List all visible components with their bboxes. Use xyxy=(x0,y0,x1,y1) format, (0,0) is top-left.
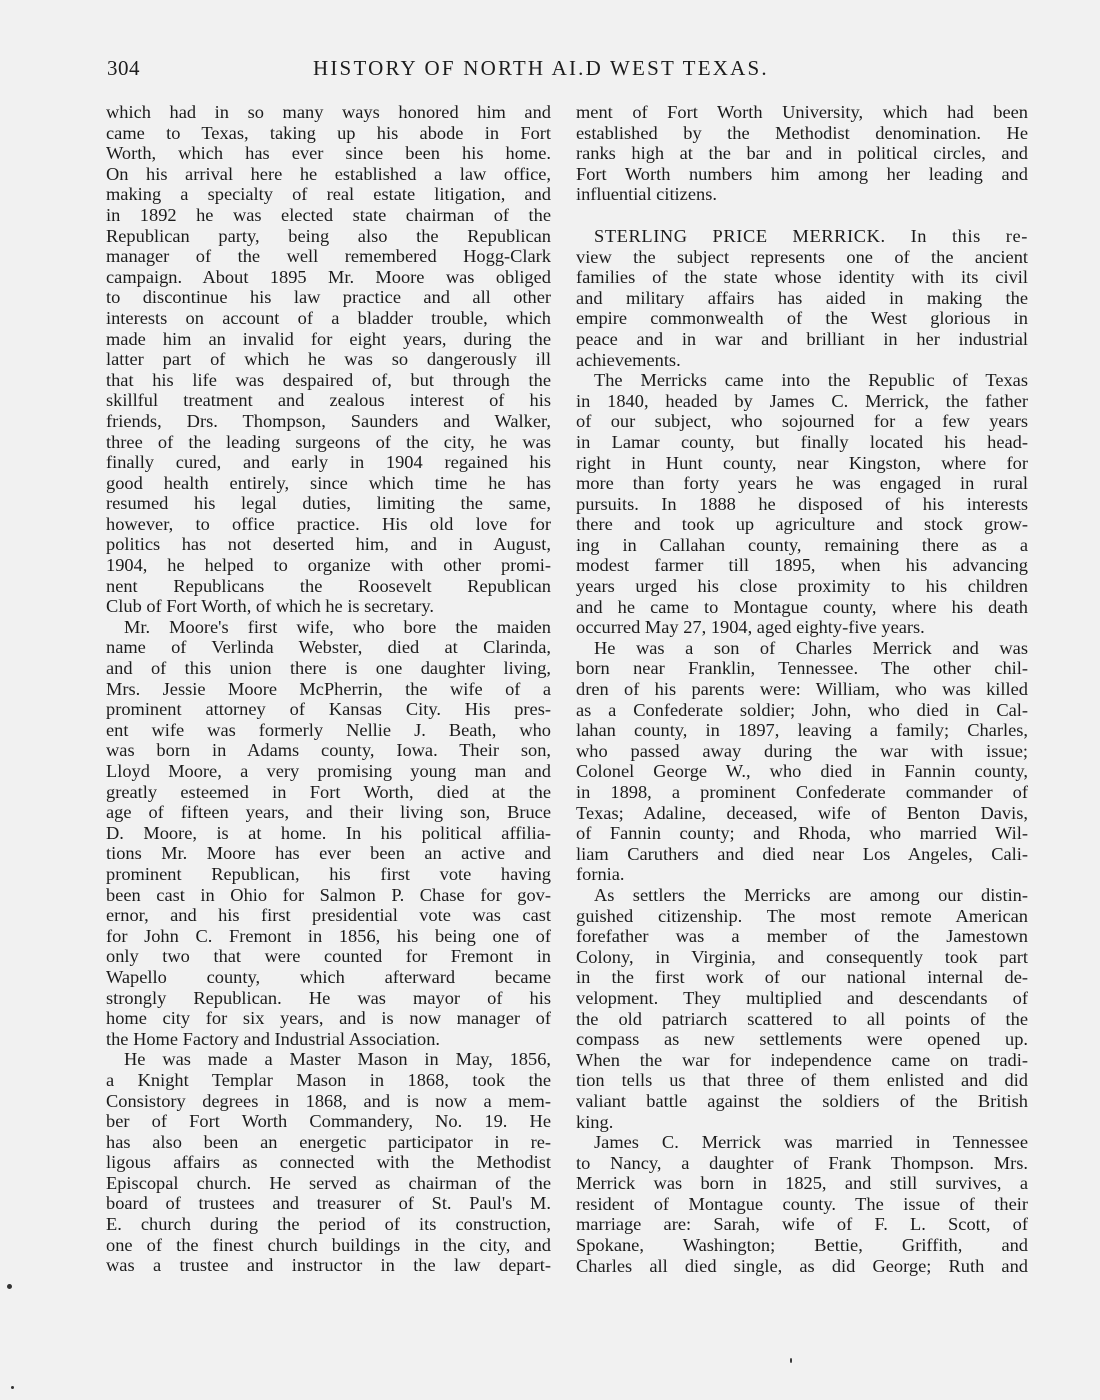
paragraph-start: The Merricks came into the Republic of T… xyxy=(576,370,1028,391)
text-line: good health entirely, since which time h… xyxy=(106,473,551,494)
text-line: On his arrival here he established a law… xyxy=(106,164,551,185)
text-line: tions Mr. Moore has ever been an active … xyxy=(106,843,551,864)
text-line: the Home Factory and Industrial Associat… xyxy=(106,1029,551,1050)
text-line: When the war for independence came on tr… xyxy=(576,1050,1028,1071)
text-line: Club of Fort Worth, of which he is secre… xyxy=(106,596,551,617)
text-line: to discontinue his law practice and all … xyxy=(106,287,551,308)
print-speck xyxy=(11,1386,14,1389)
text-line: of Fannin county; and Rhoda, who married… xyxy=(576,823,1028,844)
text-line: D. Moore, is at home. In his political a… xyxy=(106,823,551,844)
text-line: Spokane, Washington; Bettie, Griffith, a… xyxy=(576,1235,1028,1256)
text-line: interests on account of a bladder troubl… xyxy=(106,308,551,329)
text-line: politics has not deserted him, and in Au… xyxy=(106,534,551,555)
print-speck xyxy=(790,1358,792,1363)
text-line: tion tells us that three of them enliste… xyxy=(576,1070,1028,1091)
text-line: who passed away during the war with issu… xyxy=(576,741,1028,762)
paragraph-start: James C. Merrick was married in Tennesse… xyxy=(576,1132,1028,1153)
text-line: Wapello county, which afterward became xyxy=(106,967,551,988)
text-line: peace and in war and brilliant in her in… xyxy=(576,329,1028,350)
text-line: and of this union there is one daughter … xyxy=(106,658,551,679)
text-line: more than forty years he was engaged in … xyxy=(576,473,1028,494)
text-line: Merrick was born in 1825, and still surv… xyxy=(576,1173,1028,1194)
text-line: families of the state whose identity wit… xyxy=(576,267,1028,288)
text-line: years urged his close proximity to his c… xyxy=(576,576,1028,597)
text-line: Lloyd Moore, a very promising young man … xyxy=(106,761,551,782)
text-line: and he came to Montague county, where hi… xyxy=(576,597,1028,618)
text-line: lahan county, in 1897, leaving a family;… xyxy=(576,720,1028,741)
text-line: in 1898, a prominent Confederate command… xyxy=(576,782,1028,803)
text-line: Republican party, being also the Republi… xyxy=(106,226,551,247)
text-line: in 1892 he was elected state chairman of… xyxy=(106,205,551,226)
text-line: ernor, and his first presidential vote w… xyxy=(106,905,551,926)
text-line: E. church during the period of its const… xyxy=(106,1214,551,1235)
text-line: influential citizens. xyxy=(576,184,1028,205)
paragraph-start: He was a son of Charles Merrick and was xyxy=(576,638,1028,659)
text-line: Episcopal church. He served as chairman … xyxy=(106,1173,551,1194)
text-line: three of the leading surgeons of the cit… xyxy=(106,432,551,453)
text-line: born near Franklin, Tennessee. The other… xyxy=(576,658,1028,679)
text-line: prominent Republican, his first vote hav… xyxy=(106,864,551,885)
text-line: finally cured, and early in 1904 regaine… xyxy=(106,452,551,473)
text-line: view the subject represents one of the a… xyxy=(576,247,1028,268)
text-line: greatly esteemed in Fort Worth, died at … xyxy=(106,782,551,803)
text-line: was born in Adams county, Iowa. Their so… xyxy=(106,740,551,761)
text-line: Texas; Adaline, deceased, wife of Benton… xyxy=(576,803,1028,824)
text-line: Fort Worth numbers him among her leading… xyxy=(576,164,1028,185)
text-line: age of fifteen years, and their living s… xyxy=(106,802,551,823)
text-line: only two that were counted for Fremont i… xyxy=(106,946,551,967)
text-line: Worth, which has ever since been his hom… xyxy=(106,143,551,164)
text-line: home city for six years, and is now mana… xyxy=(106,1008,551,1029)
text-line: manager of the well remembered Hogg-Clar… xyxy=(106,246,551,267)
text-line: valiant battle against the soldiers of t… xyxy=(576,1091,1028,1112)
paragraph-start: He was made a Master Mason in May, 1856, xyxy=(106,1049,551,1070)
text-line: guished citizenship. The most remote Ame… xyxy=(576,906,1028,927)
text-line: ent wife was formerly Nellie J. Beath, w… xyxy=(106,720,551,741)
text-line: was a trustee and instructor in the law … xyxy=(106,1255,551,1276)
text-line: there and took up agriculture and stock … xyxy=(576,514,1028,535)
text-line: Colonel George W., who died in Fannin co… xyxy=(576,761,1028,782)
text-line: skillful treatment and zealous interest … xyxy=(106,390,551,411)
text-line: one of the finest church buildings in th… xyxy=(106,1235,551,1256)
biography-heading: STERLING PRICE MERRICK. In this re- xyxy=(576,226,1028,247)
text-line: Consistory degrees in 1868, and is now a… xyxy=(106,1091,551,1112)
running-title: HISTORY OF NORTH AI.D WEST TEXAS. xyxy=(313,56,769,81)
paragraph-start: Mr. Moore's first wife, who bore the mai… xyxy=(106,617,551,638)
text-line: achievements. xyxy=(576,350,1028,371)
text-line: nent Republicans the Roosevelt Republica… xyxy=(106,576,551,597)
text-line: velopment. They multiplied and descendan… xyxy=(576,988,1028,1009)
section-gap xyxy=(576,205,1028,226)
text-line: the old patriarch scattered to all point… xyxy=(576,1009,1028,1030)
text-line: liam Caruthers and died near Los Angeles… xyxy=(576,844,1028,865)
text-line: to Nancy, a daughter of Frank Thompson. … xyxy=(576,1153,1028,1174)
text-line: empire commonwealth of the West glorious… xyxy=(576,308,1028,329)
text-line: that his life was despaired of, but thro… xyxy=(106,370,551,391)
page-number: 304 xyxy=(107,56,140,81)
text-line: friends, Drs. Thompson, Saunders and Wal… xyxy=(106,411,551,432)
text-line: as a Confederate soldier; John, who died… xyxy=(576,700,1028,721)
text-line: which had in so many ways honored him an… xyxy=(106,102,551,123)
text-line: Mrs. Jessie Moore McPherrin, the wife of… xyxy=(106,679,551,700)
text-line: marriage are: Sarah, wife of F. L. Scott… xyxy=(576,1214,1028,1235)
text-line: occurred May 27, 1904, aged eighty-five … xyxy=(576,617,1028,638)
print-speck xyxy=(7,1284,12,1289)
text-line: prominent attorney of Kansas City. His p… xyxy=(106,699,551,720)
text-line: right in Hunt county, near Kingston, whe… xyxy=(576,453,1028,474)
text-line: in 1840, headed by James C. Merrick, the… xyxy=(576,391,1028,412)
text-line: modest farmer till 1895, when his advanc… xyxy=(576,555,1028,576)
text-line: in Lamar county, but finally located his… xyxy=(576,432,1028,453)
right-column: ment of Fort Worth University, which had… xyxy=(576,102,1028,1276)
text-line: established by the Methodist denominatio… xyxy=(576,123,1028,144)
text-line: compass as new settlements were opened u… xyxy=(576,1029,1028,1050)
text-line: ing in Callahan county, remaining there … xyxy=(576,535,1028,556)
text-line: name of Verlinda Webster, died at Clarin… xyxy=(106,637,551,658)
text-line: resident of Montague county. The issue o… xyxy=(576,1194,1028,1215)
text-line: of our subject, who sojourned for a few … xyxy=(576,411,1028,432)
text-line: and military affairs has aided in making… xyxy=(576,288,1028,309)
text-line: board of trustees and treasurer of St. P… xyxy=(106,1193,551,1214)
left-column: which had in so many ways honored him an… xyxy=(106,102,551,1276)
text-line: forefather was a member of the Jamestown xyxy=(576,926,1028,947)
text-line: pursuits. In 1888 he disposed of his int… xyxy=(576,494,1028,515)
text-line: ranks high at the bar and in political c… xyxy=(576,143,1028,164)
text-line: 1904, he helped to organize with other p… xyxy=(106,555,551,576)
paragraph-start: As settlers the Merricks are among our d… xyxy=(576,885,1028,906)
text-line: came to Texas, taking up his abode in Fo… xyxy=(106,123,551,144)
text-line: a Knight Templar Mason in 1868, took the xyxy=(106,1070,551,1091)
text-line: latter part of which he was so dangerous… xyxy=(106,349,551,370)
text-line: strongly Republican. He was mayor of his xyxy=(106,988,551,1009)
text-line: ment of Fort Worth University, which had… xyxy=(576,102,1028,123)
text-line: has also been an energetic participator … xyxy=(106,1132,551,1153)
text-line: ber of Fort Worth Commandery, No. 19. He xyxy=(106,1111,551,1132)
text-line: dren of his parents were: William, who w… xyxy=(576,679,1028,700)
text-line: for John C. Fremont in 1856, his being o… xyxy=(106,926,551,947)
text-line: in the first work of our national intern… xyxy=(576,967,1028,988)
text-line: been cast in Ohio for Salmon P. Chase fo… xyxy=(106,885,551,906)
text-line: Charles all died single, as did George; … xyxy=(576,1256,1028,1277)
text-line: making a specialty of real estate litiga… xyxy=(106,184,551,205)
text-line: ligous affairs as connected with the Met… xyxy=(106,1152,551,1173)
text-line: campaign. About 1895 Mr. Moore was oblig… xyxy=(106,267,551,288)
text-line: fornia. xyxy=(576,864,1028,885)
text-line: made him an invalid for eight years, dur… xyxy=(106,329,551,350)
text-line: resumed his legal duties, limiting the s… xyxy=(106,493,551,514)
text-line: however, to office practice. His old lov… xyxy=(106,514,551,535)
text-line: king. xyxy=(576,1112,1028,1133)
text-line: Colony, in Virginia, and consequently to… xyxy=(576,947,1028,968)
